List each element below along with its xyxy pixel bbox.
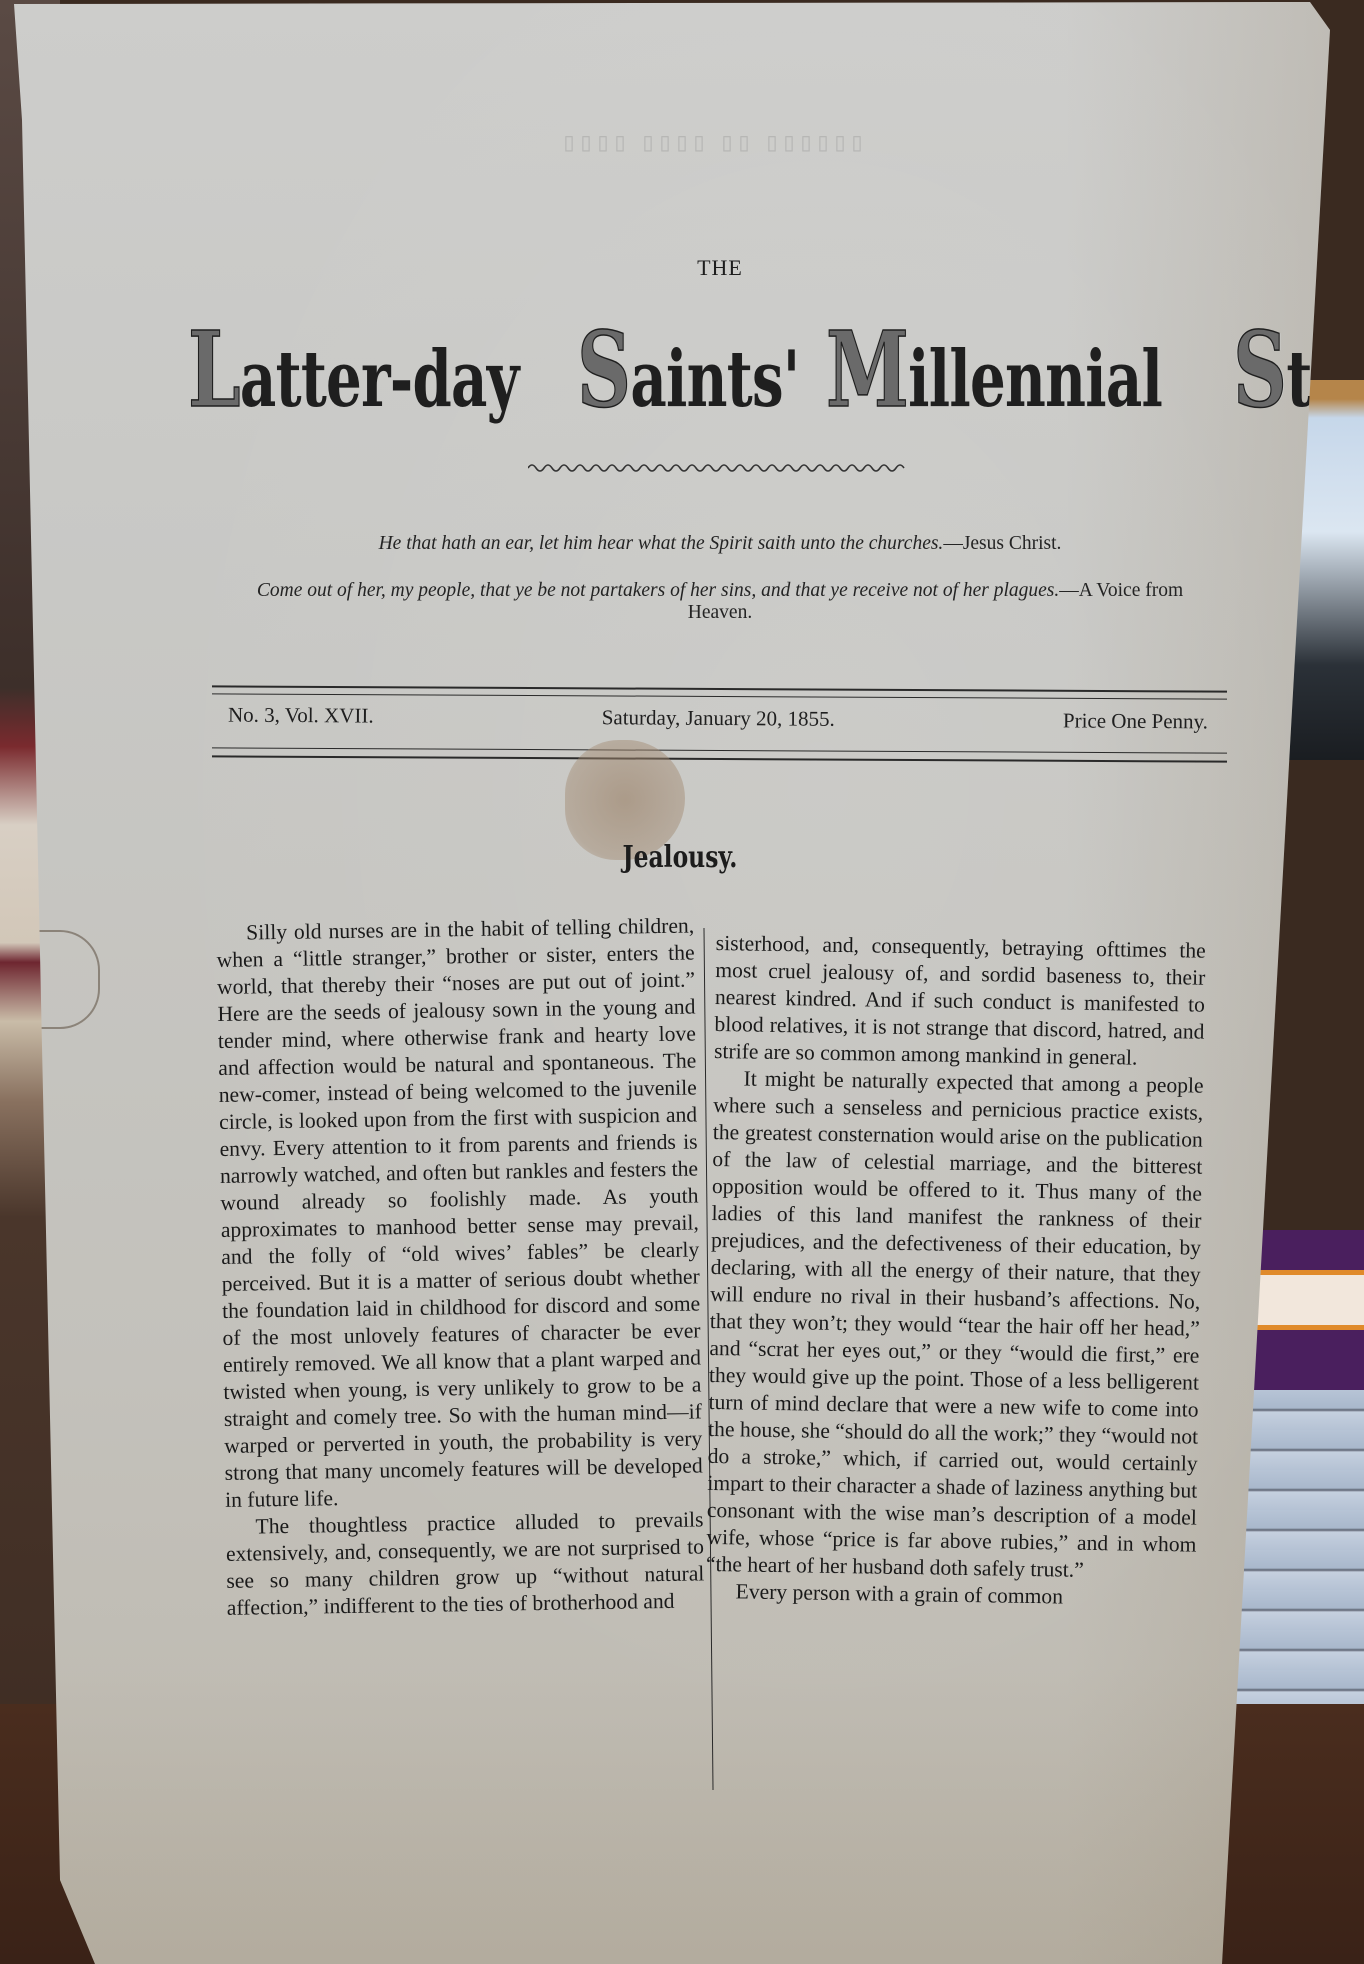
issue-price: Price One Penny. — [1063, 708, 1208, 734]
masthead-the: THE — [0, 255, 1364, 281]
article-column-left: Silly old nurses are in the habit of tel… — [216, 912, 705, 1621]
article-title: Jealousy. — [586, 840, 773, 875]
binding-string — [38, 930, 100, 1029]
bleed-through-text: ▯▯▯▯▯▯ ▯▯ ▯▯▯▯ ▯▯▯▯ — [390, 130, 1030, 155]
ornamental-wavy-rule — [528, 462, 908, 474]
masthead-word-latter-day: Latter-day — [188, 321, 519, 420]
newspaper-page: ▯▯▯▯▯▯ ▯▯ ▯▯▯▯ ▯▯▯▯ THE Latter-day Saint… — [0, 0, 1364, 1964]
issue-date: Saturday, January 20, 1855. — [602, 705, 835, 732]
masthead-word-millennial: Millennial — [826, 321, 1162, 420]
issue-number-volume: No. 3, Vol. XVII. — [228, 703, 374, 729]
paragraph: The thoughtless practice alluded to prev… — [225, 1506, 705, 1621]
motto-jesus-christ: He that hath an ear, let him hear what t… — [230, 533, 1210, 555]
issue-info-bar: No. 3, Vol. XVII. Saturday, January 20, … — [228, 703, 1208, 735]
masthead-title: Latter-day Saints' Millennial Star. — [188, 300, 1258, 420]
paragraph-continued: sisterhood, and, consequently, betraying… — [714, 930, 1206, 1073]
paragraph: It might be naturally expected that amon… — [706, 1065, 1204, 1586]
article-column-right: sisterhood, and, consequently, betraying… — [705, 930, 1206, 1613]
motto-voice-from-heaven: Come out of her, my people, that ye be n… — [230, 580, 1210, 624]
masthead-word-saints: Saints' — [577, 321, 799, 420]
paragraph: Silly old nurses are in the habit of tel… — [216, 912, 703, 1513]
